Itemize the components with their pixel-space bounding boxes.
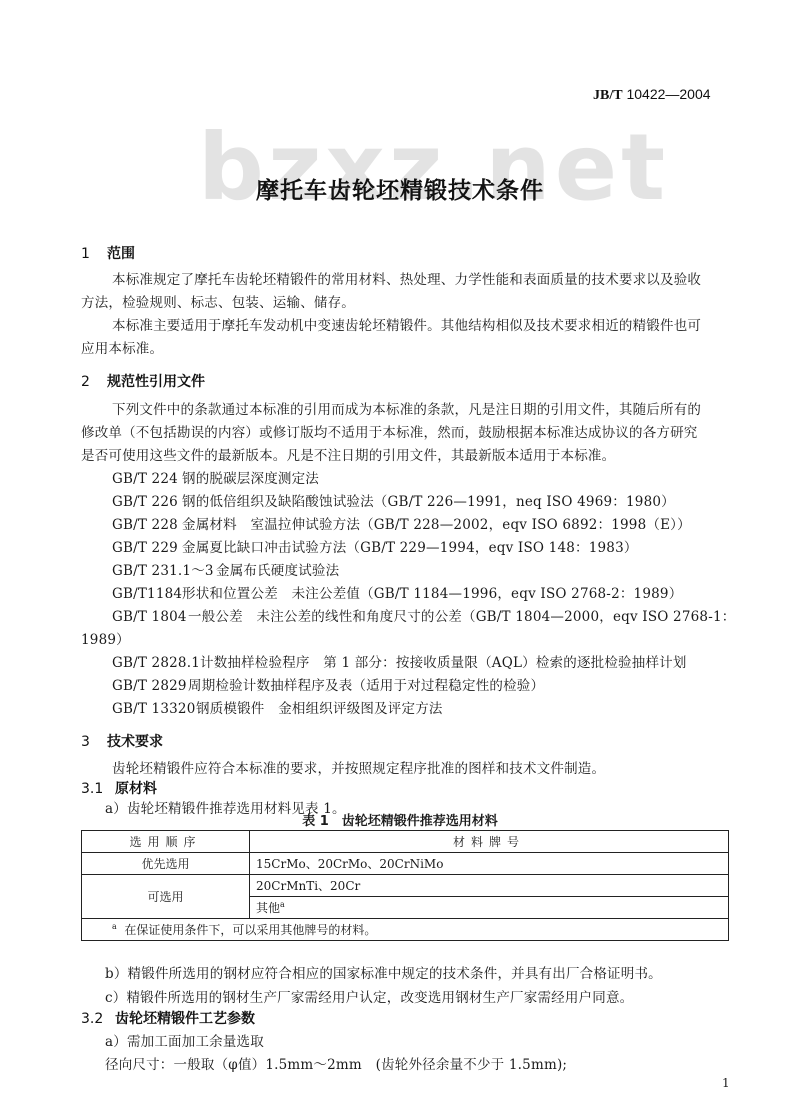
reference-item: GB/T 1804一般公差 未注公差的线性和角度尺寸的公差（GB/T 1804—… [112,605,735,625]
section-1-heading: 1范围 [81,243,135,263]
section-1-para-1-line-2: 方法，检验规则、标志、包装、运输、储存。 [81,291,355,311]
section-3-1-heading: 3.1原材料 [81,778,157,798]
standard-number: 10422—2004 [626,86,710,102]
table-footnote: a 在保证使用条件下，可以采用其他牌号的材料。 [82,919,729,941]
table-cell-order: 优先选用 [82,853,250,875]
footnote-marker: a [280,900,285,909]
section-3-2-item-a: a）需加工面加工余量选取 [105,1030,264,1050]
section-3-1-item-c: c）精锻件所选用的钢材生产厂家需经用户认定，改变选用钢材生产厂家需经用户同意。 [105,986,633,1006]
reference-item: GB/T1184形状和位置公差 未注公差值（GB/T 1184—1996，eqv… [112,582,682,602]
table-header-order: 选用顺序 [82,831,250,853]
section-2-heading: 2规范性引用文件 [81,371,205,391]
reference-item-continuation: 1989） [81,628,130,648]
table-cell-materials: 15CrMo、20CrMo、20CrNiMo [250,853,729,875]
section-2-para-line-1: 下列文件中的条款通过本标准的引用而成为本标准的条款，凡是注日期的引用文件，其随后… [112,398,701,418]
table-cell-order: 可选用 [82,875,250,919]
section-3-1-item-b: b）精锻件所选用的钢材应符合相应的国家标准中规定的技术条件，并具有出厂合格证明书… [105,962,662,982]
section-3-2-radial-size: 径向尺寸：一般取（φ值）1.5mm～2mm (齿轮外径余量不少于 1.5mm); [105,1053,567,1073]
standard-prefix: JB/T [593,88,623,103]
reference-item: GB/T 226钢的低倍组织及缺陷酸蚀试验法（GB/T 226—1991，neq… [112,490,675,510]
section-1-para-2-line-1: 本标准主要适用于摩托车发动机中变速齿轮坯精锻件。其他结构相似及技术要求相近的精锻… [112,314,701,334]
table-cell-materials: 20CrMnTi、20Cr [250,875,729,897]
reference-item: GB/T 224钢的脱碳层深度测定法 [112,467,319,487]
page-number: 1 [722,1076,730,1090]
section-2-para-line-2: 修改单（不包括勘误的内容）或修订版均不适用于本标准，然而，鼓励根据本标准达成协议… [81,421,698,441]
section-3-heading: 3技术要求 [81,731,163,751]
standard-code: JB/T 10422—2004 [593,86,711,104]
table-1-caption: 表 1 齿轮坯精锻件推荐选用材料 [0,810,800,829]
materials-table: 选用顺序 材料牌号 优先选用 15CrMo、20CrMo、20CrNiMo 可选… [81,830,729,941]
table-header-materials: 材料牌号 [250,831,729,853]
section-1-para-2-line-2: 应用本标准。 [81,337,163,357]
section-2-para-line-3: 是否可使用这些文件的最新版本。凡是不注日期的引用文件，其最新版本适用于本标准。 [81,444,615,464]
table-header-row: 选用顺序 材料牌号 [82,831,729,853]
reference-item: GB/T 231.1～3金属布氏硬度试验法 [112,559,339,579]
section-3-2-heading: 3.2齿轮坯精锻件工艺参数 [81,1008,255,1028]
reference-item: GB/T 229金属夏比缺口冲击试验方法（GB/T 229—1994，eqv I… [112,536,638,556]
section-3-para: 齿轮坯精锻件应符合本标准的要求，并按照规定程序批准的图样和技术文件制造。 [112,757,605,777]
reference-item: GB/T 2829周期检验计数抽样程序及表（适用于对过程稳定性的检验） [112,674,544,694]
section-1-para-1-line-1: 本标准规定了摩托车齿轮坯精锻件的常用材料、热处理、力学性能和表面质量的技术要求以… [112,268,701,288]
reference-item: GB/T 228金属材料 室温拉伸试验方法（GB/T 228—2002，eqv … [112,513,691,533]
reference-item: GB/T 2828.1计数抽样检验程序 第 1 部分：按接收质量限（AQL）检索… [112,651,687,671]
table-row: 可选用 20CrMnTi、20Cr [82,875,729,897]
reference-item: GB/T 13320钢质模锻件 金相组织评级图及评定方法 [112,697,443,717]
document-title: 摩托车齿轮坯精锻技术条件 [0,172,800,205]
table-row: 优先选用 15CrMo、20CrMo、20CrNiMo [82,853,729,875]
table-footnote-row: a 在保证使用条件下，可以采用其他牌号的材料。 [82,919,729,941]
table-cell-materials: 其他a [250,897,729,919]
